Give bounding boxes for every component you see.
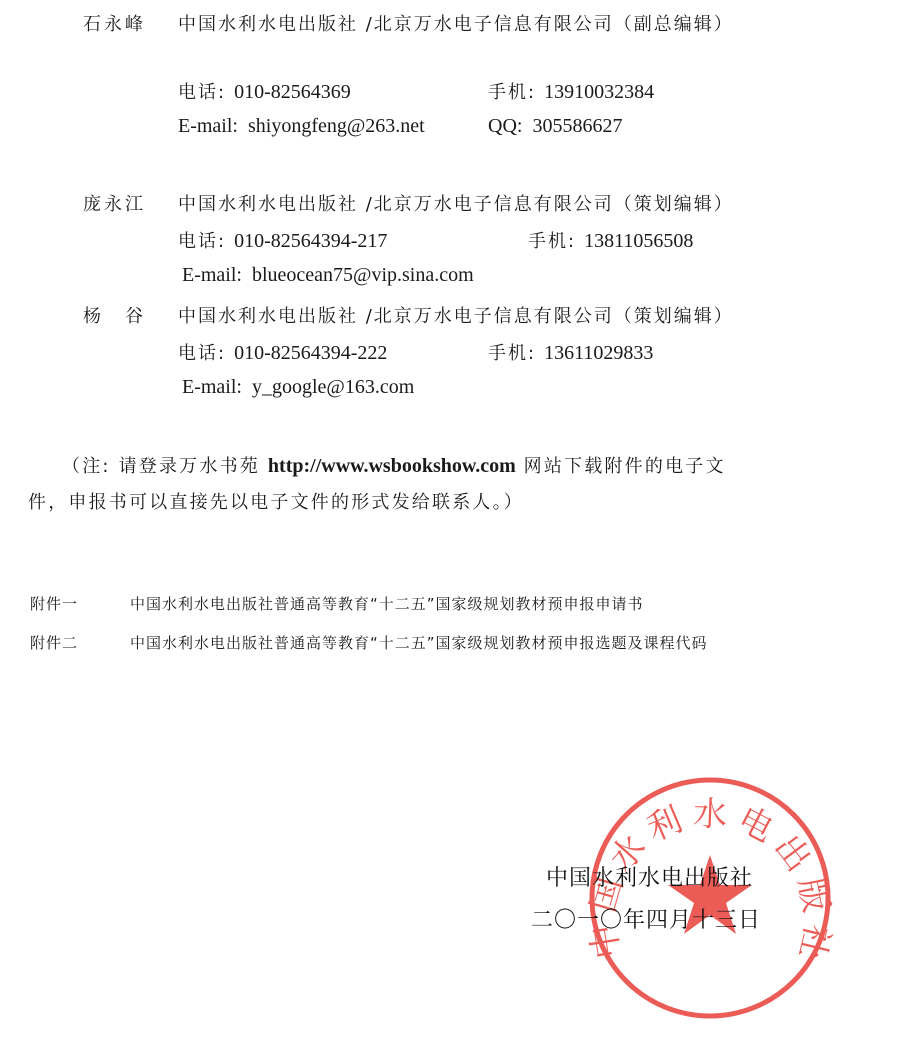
email-value[interactable]: y_google@163.com [252, 376, 414, 399]
contact-email-row: E-mail: shiyongfeng@263.net [178, 115, 425, 138]
attachment-label: 附件一 [30, 593, 78, 614]
attachment-title: 中国水利水电出版社普通高等教育“十二五”国家级规划教材预申报选题及课程代码 [130, 632, 708, 653]
website-link[interactable]: http://www.wsbookshow.com [268, 455, 516, 477]
contact-email-row: E-mail: y_google@163.com [182, 376, 414, 399]
contact-name: 庞永江 [83, 190, 146, 216]
phone-label: 电话: [178, 339, 226, 365]
email-label: E-mail: [178, 115, 238, 138]
email-value[interactable]: shiyongfeng@263.net [248, 115, 425, 138]
phone-value: 010-82564394-217 [234, 230, 387, 253]
official-seal-icon: 中国水利水电出版社 [585, 773, 835, 1023]
note-line-1: （注: 请登录万水书苑 http://www.wsbookshow.com 网站… [62, 452, 726, 478]
contact-email-row: E-mail: blueocean75@vip.sina.com [182, 264, 474, 287]
mobile-label: 手机: [488, 78, 536, 104]
contact-org: 中国水利水电出版社 /北京万水电子信息有限公司（策划编辑） [178, 190, 734, 216]
contact-org: 中国水利水电出版社 /北京万水电子信息有限公司（策划编辑） [178, 302, 734, 328]
note-line-2: 件，申报书可以直接先以电子文件的形式发给联系人。） [28, 488, 524, 514]
mobile-value: 13910032384 [544, 81, 654, 104]
qq-label: QQ: [488, 115, 522, 138]
qq-value: 305586627 [532, 115, 622, 138]
contact-phone-row: 电话: 010-82564394-217 [178, 227, 387, 253]
contact-name: 杨 谷 [83, 302, 146, 328]
phone-label: 电话: [178, 227, 226, 253]
mobile-value: 13611029833 [544, 342, 653, 365]
note-suffix: 网站下载附件的电子文 [516, 456, 726, 477]
mobile-label: 手机: [528, 227, 576, 253]
note-prefix: （注: 请登录万水书苑 [62, 456, 268, 477]
mobile-value: 13811056508 [584, 230, 693, 253]
contact-phone-row: 电话: 010-82564369 [178, 78, 351, 104]
mobile-label: 手机: [488, 339, 536, 365]
contact-org: 中国水利水电出版社 /北京万水电子信息有限公司（副总编辑） [178, 10, 734, 36]
attachment-title: 中国水利水电出版社普通高等教育“十二五”国家级规划教材预申报申请书 [130, 593, 644, 614]
email-value[interactable]: blueocean75@vip.sina.com [252, 264, 474, 287]
contact-mobile-row: 手机: 13811056508 [528, 227, 693, 253]
contact-mobile-row: 手机: 13611029833 [488, 339, 653, 365]
email-label: E-mail: [182, 376, 242, 399]
signature-date: 二〇一〇年四月十三日 [531, 903, 761, 934]
attachment-label: 附件二 [30, 632, 78, 653]
contact-phone-row: 电话: 010-82564394-222 [178, 339, 387, 365]
phone-value: 010-82564394-222 [234, 342, 387, 365]
email-label: E-mail: [182, 264, 242, 287]
contact-qq-row: QQ: 305586627 [488, 115, 622, 138]
signature-org: 中国水利水电出版社 [546, 861, 753, 892]
phone-label: 电话: [178, 78, 226, 104]
contact-mobile-row: 手机: 13910032384 [488, 78, 654, 104]
phone-value: 010-82564369 [234, 81, 351, 104]
contact-name: 石永峰 [83, 10, 146, 36]
